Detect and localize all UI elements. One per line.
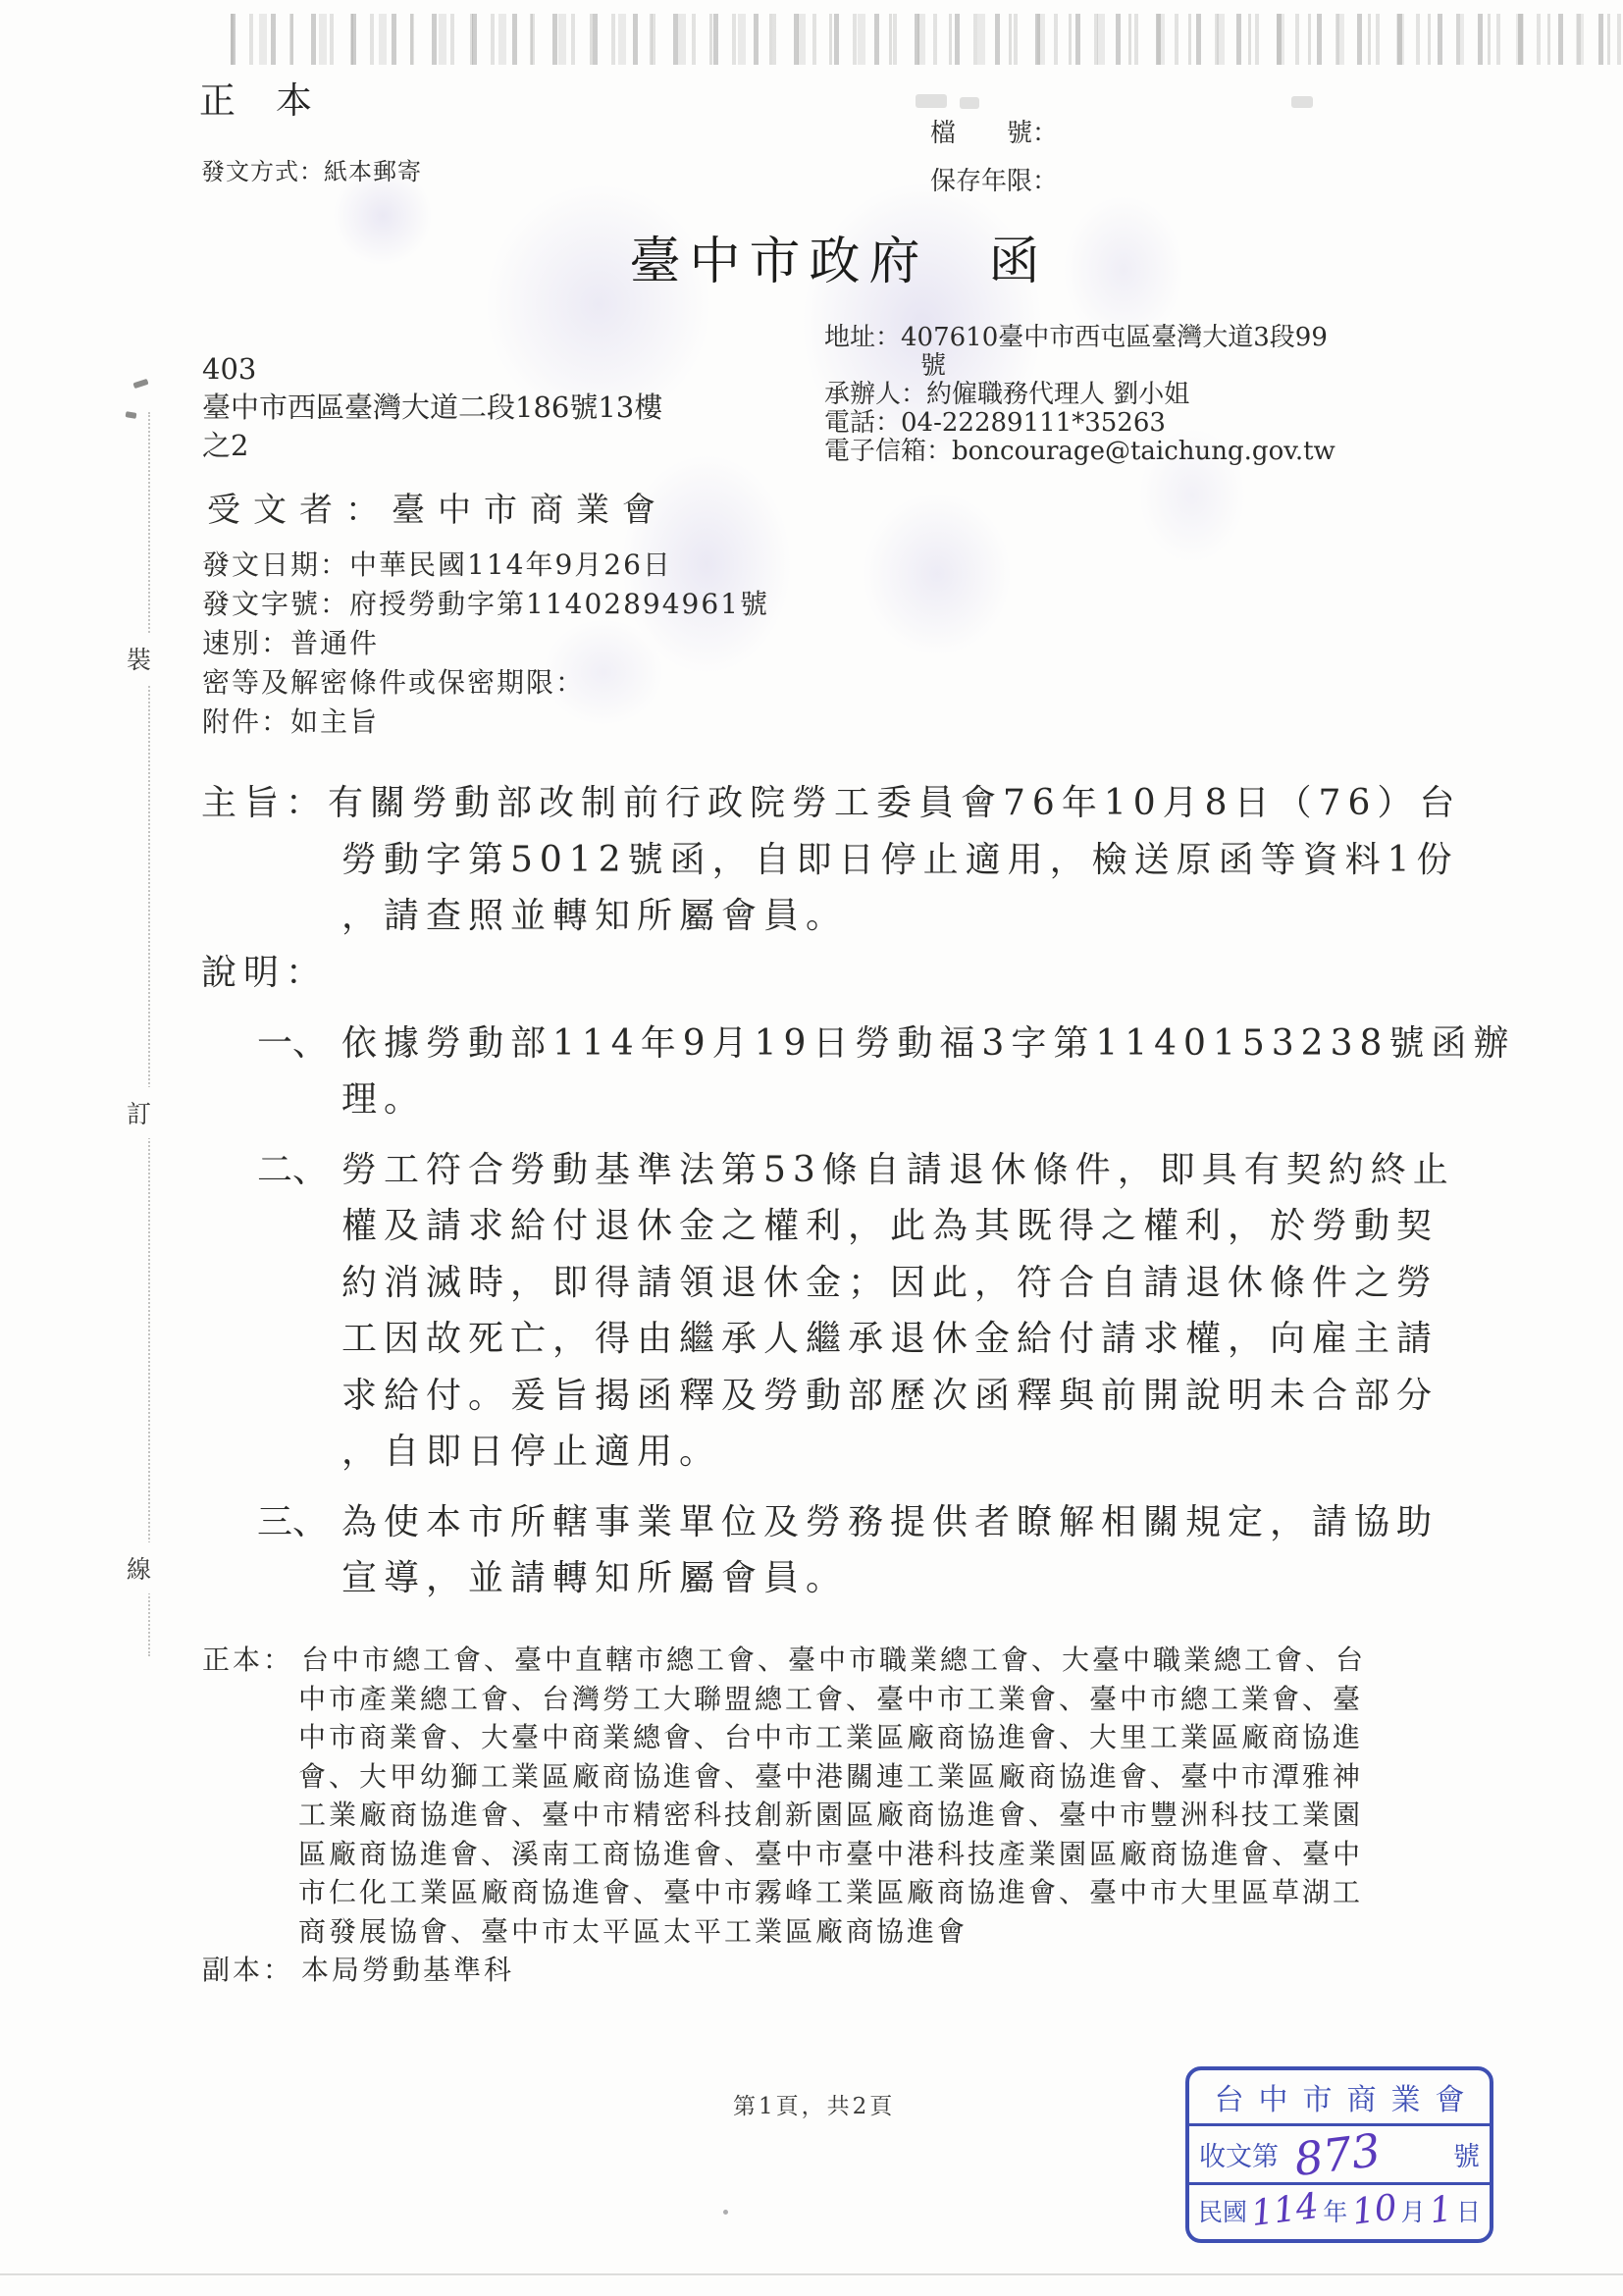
speed-line: 速別：普通件 [202,624,769,663]
stamp-receipt-prefix: 收文第 [1199,2135,1279,2173]
explanation-line: ，自即日停止適用。 [201,1424,1515,1481]
explanation-line: 二、勞工符合勞動基準法第53條自請退休條件，即具有契約終止 [201,1142,1515,1199]
copy-to-line: 商發展協會、臺中市太平區太平工業區廠商協進會 [202,1912,1366,1952]
document-meta-block: 發文日期：中華民國114年9月26日 發文字號：府授勞動字第1140289496… [202,546,769,742]
document-title: 臺中市政府 函 [608,220,1070,293]
item-number: 二、 [257,1142,341,1199]
explanation-line: 權及請求給付退休金之權利，此為其既得之權利，於勞動契 [201,1198,1515,1255]
copy-to-line: 中市商業會、大臺中商業總會、台中市工業區廠商協進會、大里工業區廠商協進 [202,1718,1366,1757]
addressee-line: 受文者：臺中市商業會 [207,483,668,531]
subject-block: 主旨：有關勞動部改制前行政院勞工委員會76年10月8日（76）台 勞動字第501… [201,775,1461,945]
copy-to-label: 正本： [202,1644,293,1676]
scan-noise-band [231,14,1623,65]
page-number: 第1頁，共2頁 [733,2088,895,2120]
retention-period-label: 保存年限： [930,158,1058,206]
scan-dot [723,2210,728,2215]
recipient-address-block: 403 臺中市西區臺灣大道二段186號13樓 之2 [202,350,662,465]
item-number: 一、 [257,1016,341,1072]
scan-artifact [126,411,137,419]
explanation-line: 三、為使本市所轄事業單位及勞務提供者瞭解相關規定，請協助 [201,1494,1515,1551]
scan-smudge [916,94,947,108]
stamp-date-row: 民國 114 年 10 月 1 日 [1189,2182,1490,2236]
explanation-line: 工因故死亡，得由繼承人繼承退休金給付請求權，向雇主請 [201,1311,1515,1368]
recipient-address-line2: 之2 [202,427,662,465]
cc-text: 本局勞動基準科 [301,1954,514,1986]
copy-to-line: 會、大甲幼獅工業區廠商協進會、臺中港關連工業區廠商協進會、臺中市潭雅神 [202,1757,1366,1797]
stamp-receipt-suffix: 號 [1453,2135,1480,2173]
explanation-item-3: 三、為使本市所轄事業單位及勞務提供者瞭解相關規定，請協助 宣導，並請轉知所屬會員… [201,1494,1515,1607]
received-stamp: 台中市商業會 收文第 873 號 民國 114 年 10 月 1 日 [1185,2066,1493,2243]
sender-phone: 電話：04-22289111*35263 [824,409,1335,438]
copy-to-line: 區廠商協進會、溪南工商協進會、臺中市臺中港科技產業園區廠商協進會、臺中 [202,1835,1366,1874]
stamp-year-label: 年 [1323,2193,1347,2228]
subject-text: 有關勞動部改制前行政院勞工委員會76年10月8日（76）台 [328,783,1461,823]
copy-to-line: 正本：台中市總工會、臺中直轄市總工會、臺中市職業總工會、大臺中職業總工會、台 [202,1641,1366,1680]
binding-dotted-line [148,412,150,1656]
security-line: 密等及解密條件或保密期限： [202,663,769,703]
cc-line: 副本：本局勞動基準科 [202,1951,1366,1990]
explanation-item-1: 一、依據勞動部114年9月19日勞動福3字第1140153238號函辦 理。 [201,1016,1515,1128]
subject-label: 主旨： [201,783,328,823]
watermark-blob [834,461,1040,687]
copy-type-label: 正 本 [199,71,314,124]
recipient-address-line1: 臺中市西區臺灣大道二段186號13樓 [202,389,662,427]
sender-contact: 承辦人：約僱職務代理人 劉小姐 [824,381,1335,409]
item-text: 為使本市所轄事業單位及勞務提供者瞭解相關規定，請協助 [341,1502,1439,1542]
scanned-official-letter: 裝 訂 線 正 本 檔 號： 保存年限： 發文方式：紙本郵寄 臺中市政府 函 地… [0,0,1623,2296]
explanation-line: 求給付。爰旨揭函釋及勞動部歷次函釋與前開說明未合部分 [201,1368,1515,1425]
explanation-line: 約消滅時，即得請領退休金；因此，符合自請退休條件之勞 [201,1255,1515,1312]
copy-recipients-block: 正本：台中市總工會、臺中直轄市總工會、臺中市職業總工會、大臺中職業總工會、台 中… [202,1641,1366,1990]
scan-edge-line [0,2273,1623,2275]
explanation-line: 一、依據勞動部114年9月19日勞動福3字第1140153238號函辦 [201,1016,1515,1072]
subject-line: ，請查照並轉知所屬會員。 [201,888,1461,945]
stamp-day-label: 日 [1456,2193,1481,2228]
stamp-receipt-row: 收文第 873 號 [1189,2123,1490,2182]
copy-to-line: 市仁化工業區廠商協進會、臺中市霧峰工業區廠商協進會、臺中市大里區草湖工 [202,1873,1366,1912]
stamp-receipt-number-handwritten: 873 [1292,2126,1384,2181]
recipient-postal-code: 403 [202,350,662,389]
stamp-month-handwritten: 10 [1349,2190,1398,2230]
explanation-heading: 說明： [201,945,1515,1002]
attachment-line: 附件：如主旨 [202,703,769,742]
explanation-line: 理。 [201,1071,1515,1128]
sender-info-block: 地址：407610臺中市西屯區臺灣大道3段99 號 承辦人：約僱職務代理人 劉小… [824,324,1335,466]
binding-mark-xian: 線 [125,1542,153,1593]
subject-line: 勞動字第5012號函，自即日停止適用，檢送原函等資料1份 [201,832,1461,889]
sender-email: 電子信箱：boncourage@taichung.gov.tw [824,438,1335,466]
scan-artifact [132,379,148,389]
binding-mark-ding: 訂 [125,1087,153,1138]
delivery-method: 發文方式：紙本郵寄 [201,152,422,186]
issue-date-line: 發文日期：中華民國114年9月26日 [202,546,769,585]
stamp-date-prefix: 民國 [1198,2193,1247,2228]
stamp-year-handwritten: 114 [1249,2189,1321,2232]
file-number-block: 檔 號： 保存年限： [930,110,1058,206]
explanation-block: 說明： 一、依據勞動部114年9月19日勞動福3字第1140153238號函辦 … [201,945,1515,1607]
scan-smudge [960,97,979,109]
binding-mark-zhuang: 裝 [125,633,153,684]
explanation-line: 宣導，並請轉知所屬會員。 [201,1550,1515,1607]
copy-to-line: 中市產業總工會、台灣勞工大聯盟總工會、臺中市工業會、臺中市總工業會、臺 [202,1680,1366,1719]
copy-to-text: 台中市總工會、臺中直轄市總工會、臺中市職業總工會、大臺中職業總工會、台 [301,1644,1366,1676]
scan-smudge [1291,96,1313,108]
item-text: 依據勞動部114年9月19日勞動福3字第1140153238號函辦 [341,1023,1515,1064]
sender-address-line1: 地址：407610臺中市西屯區臺灣大道3段99 [824,324,1335,352]
cc-label: 副本： [202,1954,293,1986]
stamp-day-handwritten: 1 [1428,2192,1454,2230]
explanation-item-2: 二、勞工符合勞動基準法第53條自請退休條件，即具有契約終止 權及請求給付退休金之… [201,1142,1515,1481]
copy-to-line: 工業廠商協進會、臺中市精密科技創新園區廠商協進會、臺中市豐洲科技工業園 [202,1796,1366,1835]
subject-line: 主旨：有關勞動部改制前行政院勞工委員會76年10月8日（76）台 [201,775,1461,832]
item-number: 三、 [257,1494,341,1551]
stamp-org-name: 台中市商業會 [1189,2070,1490,2123]
item-text: 勞工符合勞動基準法第53條自請退休條件，即具有契約終止 [341,1150,1455,1190]
file-number-label: 檔 號： [930,110,1058,158]
stamp-month-label: 月 [1401,2193,1426,2228]
doc-number-line: 發文字號：府授勞動字第11402894961號 [202,585,769,624]
sender-address-line2: 號 [824,352,1335,381]
